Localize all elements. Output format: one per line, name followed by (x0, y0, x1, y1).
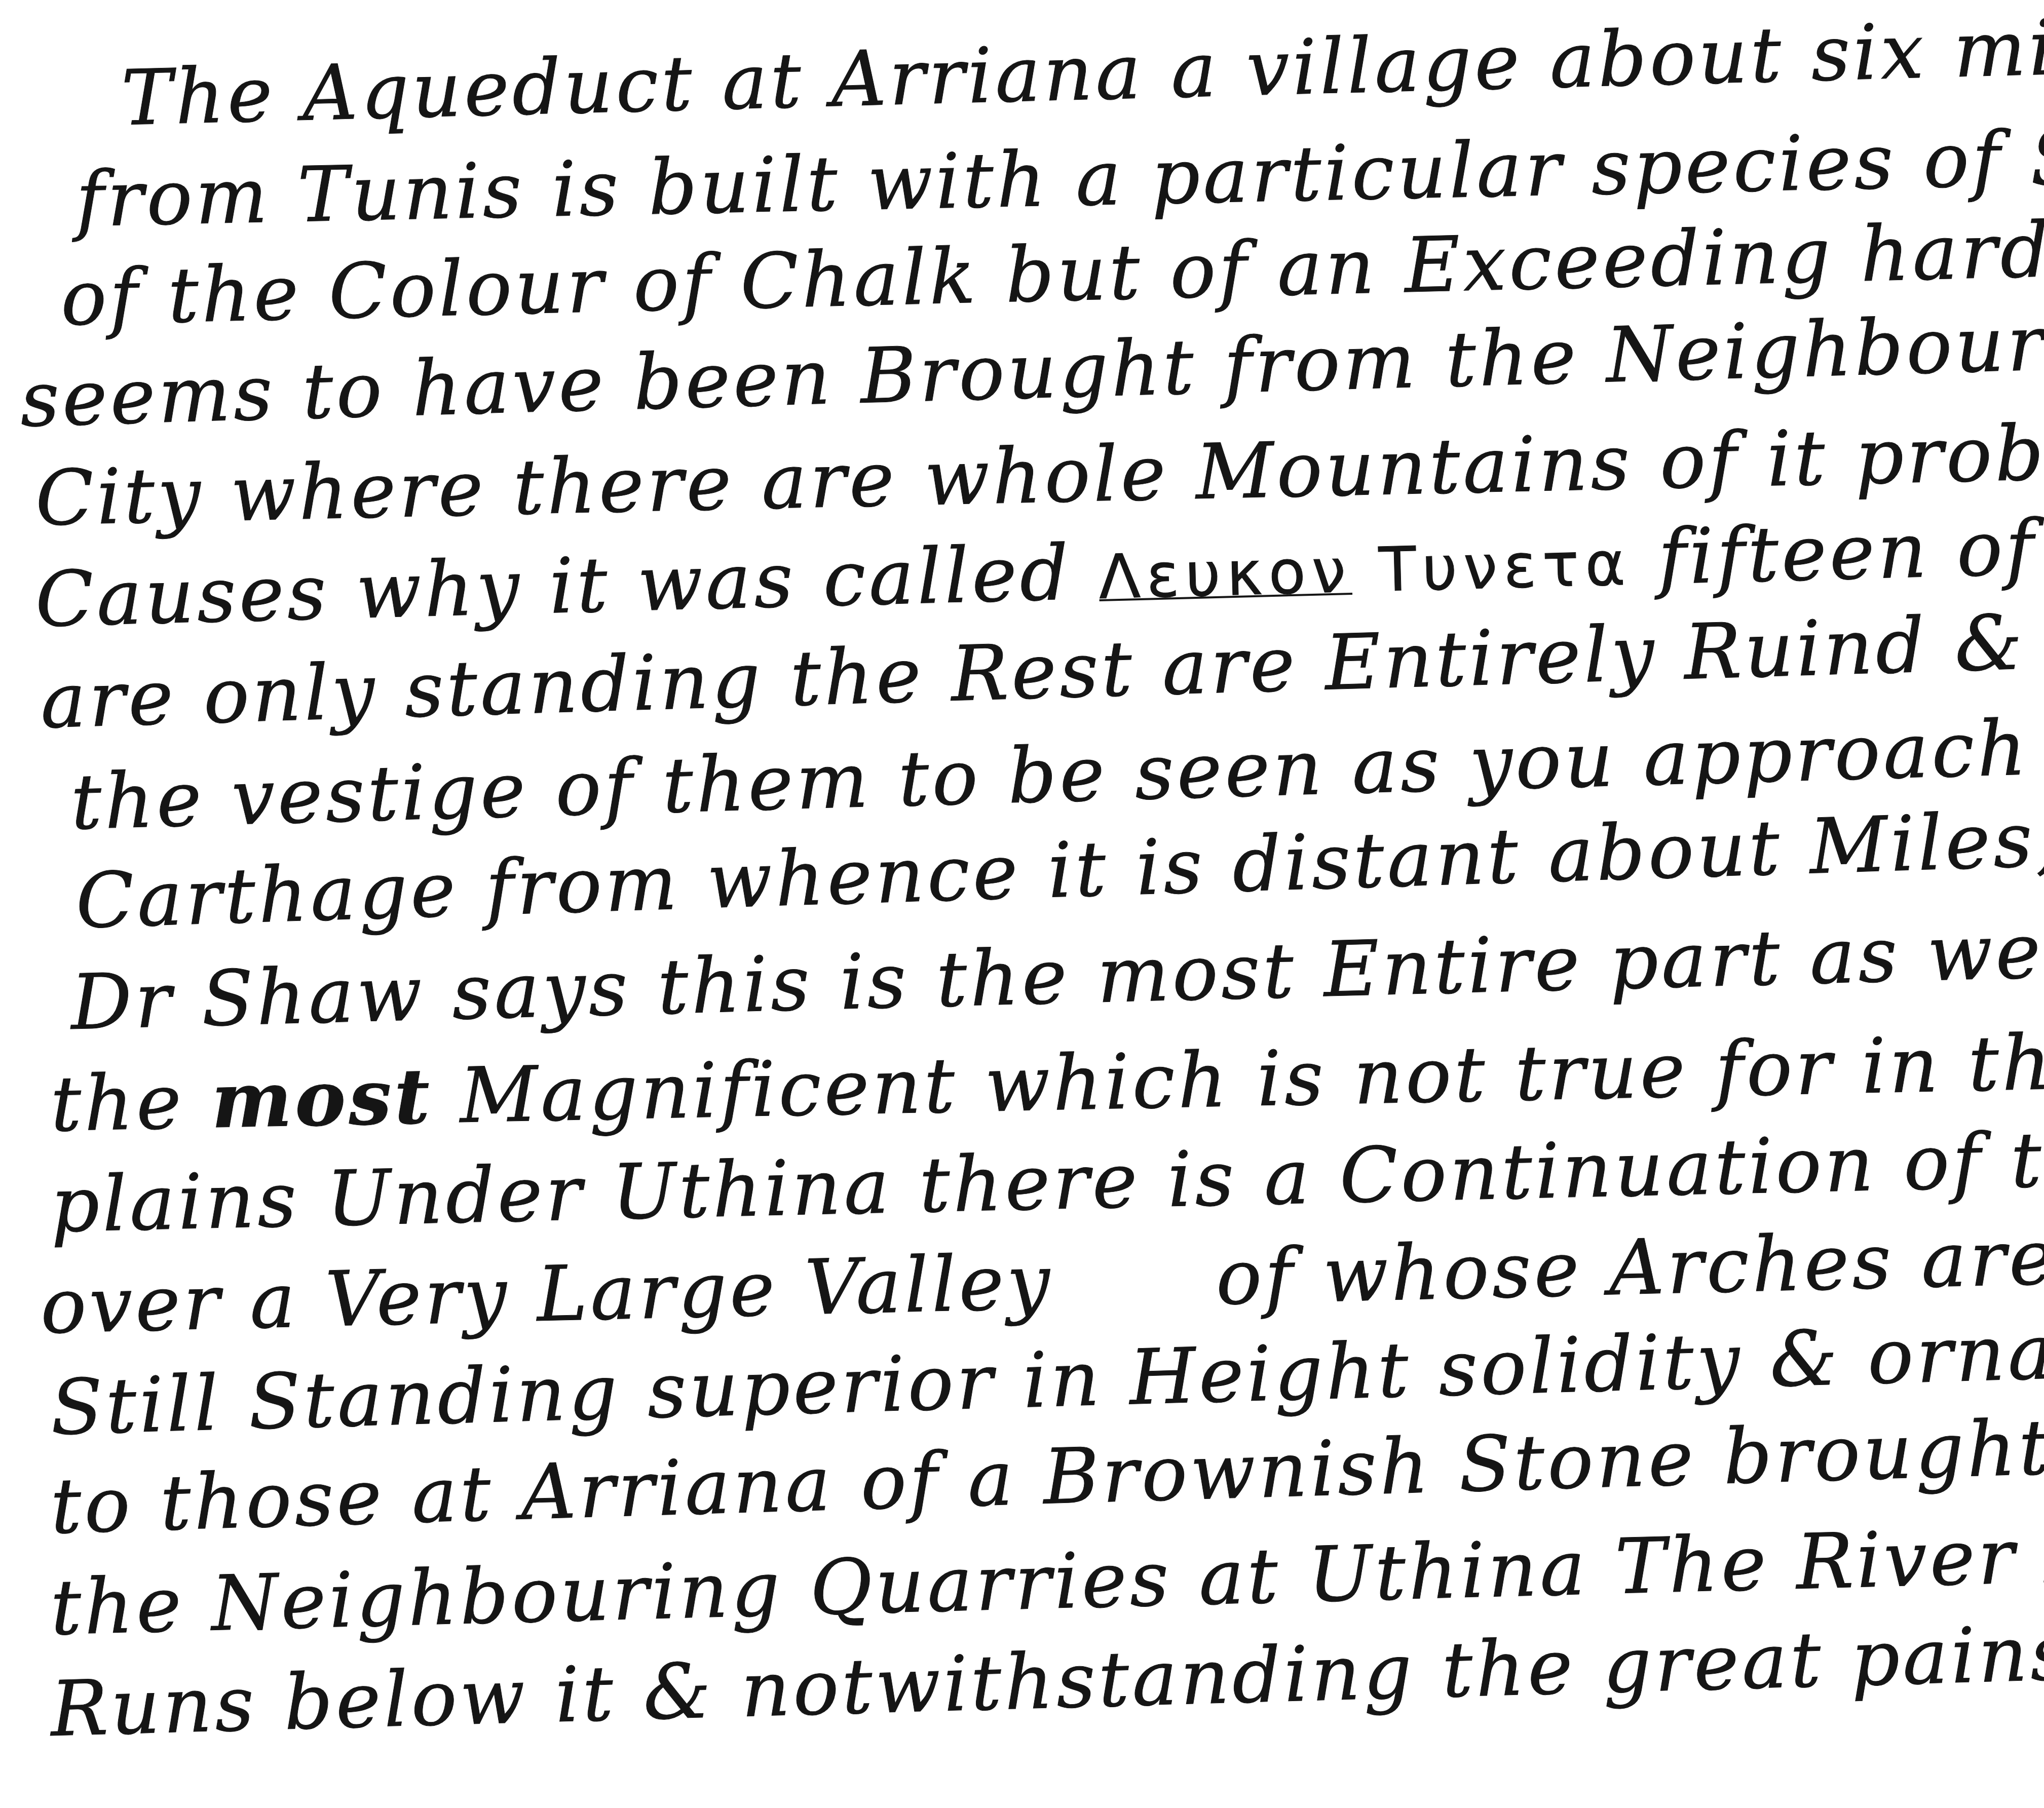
manuscript-page: The Aqueduct at Arriana a village about … (0, 0, 2044, 1808)
line-11-emphasis: most (210, 1052, 433, 1145)
manuscript-line-1: The Aqueduct at Arriana a village about … (121, 7, 2044, 137)
line-11-start: the (50, 1058, 185, 1148)
line-6-after-greek: fifteen of its Arches (1657, 492, 2044, 602)
greek-word-leukon: Λευκον (1098, 536, 1353, 613)
line-6-before-greek: Causes why it was called (34, 529, 1073, 644)
greek-word-tuneta: Τυνετα (1378, 529, 1632, 606)
